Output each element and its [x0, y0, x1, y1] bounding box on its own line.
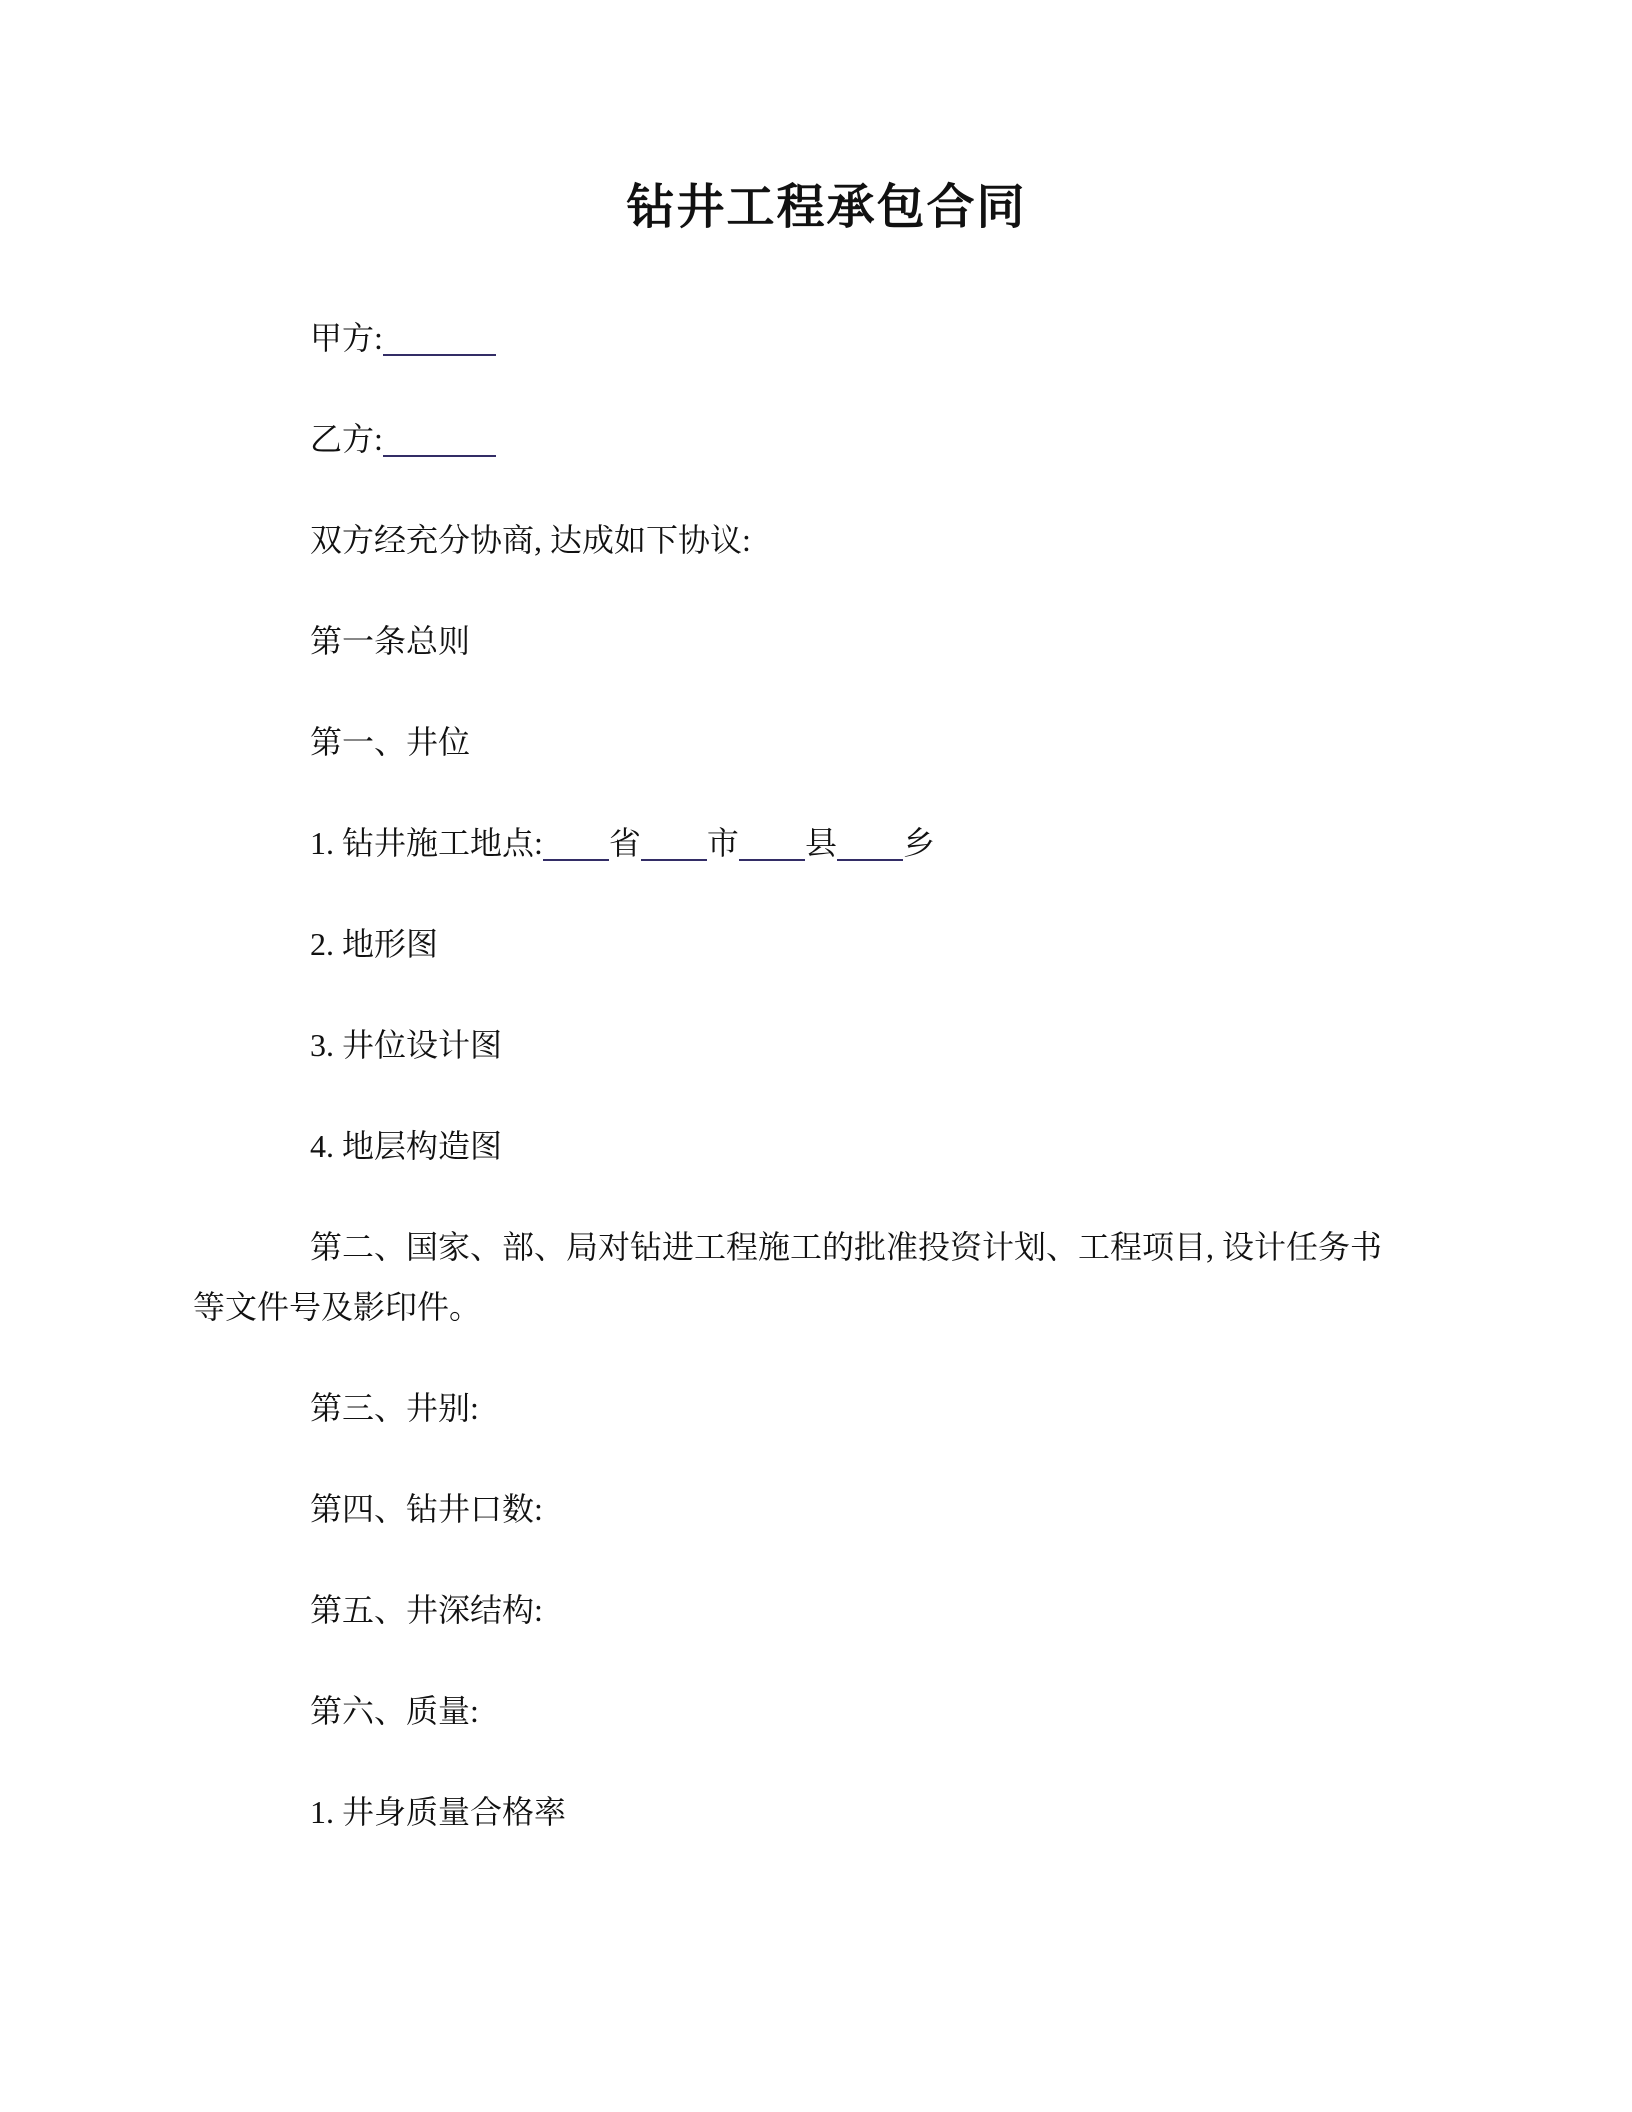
well-design-map-item: 3. 井位设计图 — [193, 1015, 1460, 1075]
section1-heading: 第一、井位 — [193, 712, 1460, 772]
party-a-label: 甲方: — [310, 320, 383, 356]
intro-line: 双方经充分协商, 达成如下协议: — [193, 510, 1460, 570]
clause1-heading: 第一条总则 — [193, 611, 1460, 671]
drill-location-prefix: 1. 钻井施工地点: — [310, 825, 543, 861]
drill-location-line: 1. 钻井施工地点:省市县乡 — [193, 813, 1460, 873]
section3-heading: 第三、井别: — [193, 1378, 1460, 1438]
province-blank — [543, 857, 609, 861]
party-b-line: 乙方: — [193, 409, 1460, 469]
province-label: 省 — [609, 825, 641, 861]
town-blank — [837, 857, 903, 861]
terrain-map-item: 2. 地形图 — [193, 914, 1460, 974]
document-title: 钻井工程承包合同 — [193, 172, 1460, 244]
section6-heading: 第六、质量: — [193, 1681, 1460, 1741]
section2-line1: 第二、国家、部、局对钻进工程施工的批准投资计划、工程项目, 设计任务书 — [193, 1217, 1460, 1277]
town-label: 乡 — [903, 825, 935, 861]
section2-line2: 等文件号及影印件。 — [193, 1277, 1460, 1337]
party-a-line: 甲方: — [193, 308, 1460, 368]
party-b-blank — [383, 453, 496, 457]
wellbore-quality-item: 1. 井身质量合格率 — [193, 1782, 1460, 1842]
party-a-blank — [383, 352, 496, 356]
party-b-label: 乙方: — [310, 421, 383, 457]
section4-heading: 第四、钻井口数: — [193, 1479, 1460, 1539]
county-blank — [739, 857, 805, 861]
city-label: 市 — [707, 825, 739, 861]
county-label: 县 — [805, 825, 837, 861]
section5-heading: 第五、井深结构: — [193, 1580, 1460, 1640]
contract-page: 钻井工程承包合同 甲方: 乙方: 双方经充分协商, 达成如下协议: 第一条总则 … — [0, 0, 1632, 2112]
stratum-structure-map-item: 4. 地层构造图 — [193, 1116, 1460, 1176]
city-blank — [641, 857, 707, 861]
